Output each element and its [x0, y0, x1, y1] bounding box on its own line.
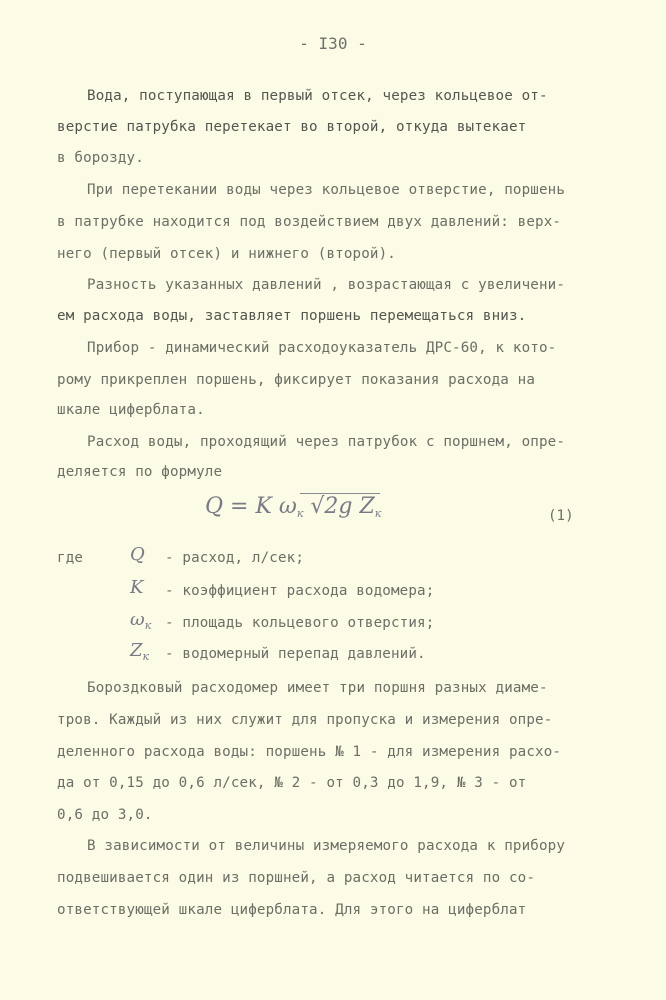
text-line: ответствующей шкале циферблата. Для этог…	[57, 900, 526, 920]
text-line: тров. Каждый из них служит для пропуска …	[57, 710, 552, 730]
formula-expression: Q = K ωк √2g Zк	[205, 494, 381, 520]
formula-sub: к	[297, 507, 304, 520]
text-line: верстие патрубка перетекает во второй, о…	[57, 117, 526, 137]
text-line: Разность указанных давлений , возрастающ…	[87, 275, 565, 295]
where-label: где	[57, 548, 83, 568]
text-line: подвешивается один из поршней, а расход …	[57, 868, 535, 888]
text-line: Бороздковый расходомер имеет три поршня …	[87, 678, 548, 698]
formula-left: Q = K ω	[205, 494, 297, 519]
definition-text: - расход, л/сек;	[165, 548, 304, 568]
text-line: да от 0,15 до 0,6 л/сек, № 2 - от 0,3 до…	[57, 773, 526, 793]
page-number: - I30 -	[0, 34, 666, 53]
definition-text: - площадь кольцевого отверстия;	[165, 613, 434, 633]
text-line: в патрубке находится под воздействием дв…	[57, 212, 561, 232]
symbol: Q	[130, 544, 145, 567]
text-line: деленного расхода воды: поршень № 1 - дл…	[57, 742, 561, 762]
text-line: При перетекании воды через кольцевое отв…	[87, 180, 565, 200]
text-line: Прибор - динамический расходоуказатель Д…	[87, 338, 556, 358]
definition-text: - водомерный перепад давлений.	[165, 644, 426, 664]
text-line: ем расхода воды, заставляет поршень пере…	[57, 306, 526, 326]
definition-text: - коэффициент расхода водомера;	[165, 581, 434, 601]
formula-sub: к	[375, 507, 382, 520]
text-line: шкале циферблата.	[57, 400, 205, 420]
text-line: рому прикреплен поршень, фиксирует показ…	[57, 370, 535, 390]
text-line: в борозду.	[57, 148, 144, 168]
text-line: деляется по формуле	[57, 462, 222, 482]
text-line: него (первый отсек) и нижнего (второй).	[57, 244, 396, 264]
equation-number: (1)	[548, 508, 574, 524]
text-line: Расход воды, проходящий через патрубок с…	[87, 432, 565, 452]
formula-sqrt: √2g Z	[310, 494, 374, 519]
text-line: В зависимости от величины измеряемого ра…	[87, 836, 565, 856]
symbol: K	[130, 577, 143, 600]
symbol: Zк	[130, 640, 149, 663]
text-line: Вода, поступающая в первый отсек, через …	[87, 86, 548, 106]
text-line: 0,6 до 3,0.	[57, 805, 153, 825]
symbol: ωк	[130, 609, 151, 632]
